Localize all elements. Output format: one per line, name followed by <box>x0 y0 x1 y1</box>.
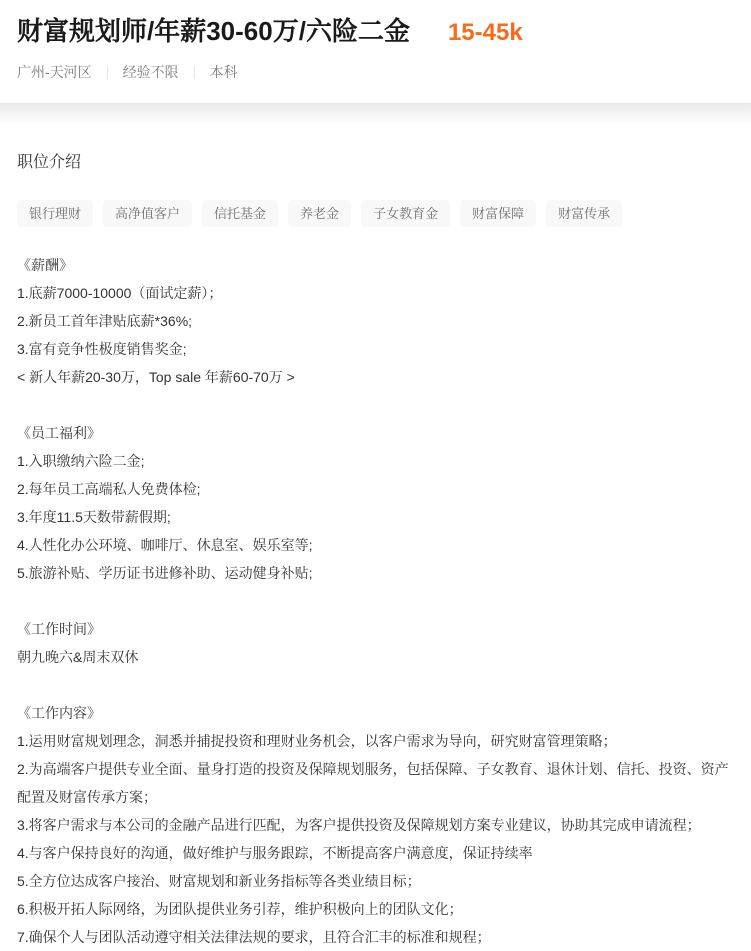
job-meta-item: 经验不限 <box>123 62 179 82</box>
description-line: 1.运用财富规划理念，洞悉并捕捉投资和理财业务机会，以客户需求为导向，研究财富管… <box>17 727 734 755</box>
keyword-tag: 财富传承 <box>546 200 622 227</box>
description-line: 2.每年员工高端私人免费体检; <box>17 475 734 503</box>
description-line: 4.人性化办公环境、咖啡厅、休息室、娱乐室等; <box>17 531 734 559</box>
job-description: 《薪酬》1.底薪7000-10000（面试定薪）；2.新员工首年津贴底薪*36%… <box>17 251 734 951</box>
description-line: 《薪酬》 <box>17 251 734 279</box>
job-meta: 广州-天河区经验不限本科 <box>17 62 734 82</box>
job-detail-page: 财富规划师/年薪30-60万/六险二金 15-45k 广州-天河区经验不限本科 … <box>0 0 751 951</box>
keyword-tag: 养老金 <box>288 200 351 227</box>
job-meta-item: 本科 <box>210 62 238 82</box>
job-header: 财富规划师/年薪30-60万/六险二金 15-45k 广州-天河区经验不限本科 <box>0 0 751 82</box>
keyword-tag: 子女教育金 <box>361 200 450 227</box>
job-meta-item: 广州-天河区 <box>17 62 92 82</box>
keyword-tag: 高净值客户 <box>103 200 192 227</box>
description-line: 5.全方位达成客户接治、财富规划和新业务指标等各类业绩目标； <box>17 867 734 895</box>
meta-divider <box>194 66 195 79</box>
description-line: 7.确保个人与团队活动遵守相关法律法规的要求，且符合汇丰的标准和规程； <box>17 923 734 951</box>
description-line: 3.富有竞争性极度销售奖金; <box>17 335 734 363</box>
description-line: 5.旅游补贴、学历证书进修补助、运动健身补贴; <box>17 559 734 587</box>
description-line: 《员工福利》 <box>17 419 734 447</box>
meta-divider <box>107 66 108 79</box>
keyword-tag: 银行理财 <box>17 200 93 227</box>
description-line: 《工作内容》 <box>17 699 734 727</box>
description-line <box>17 671 734 699</box>
description-line: 1.底薪7000-10000（面试定薪）； <box>17 279 734 307</box>
description-line <box>17 587 734 615</box>
description-line: 《工作时间》 <box>17 615 734 643</box>
description-line: < 新人年薪20-30万，Top sale 年薪60-70万 > <box>17 363 734 391</box>
keyword-tags: 银行理财高净值客户信托基金养老金子女教育金财富保障财富传承 <box>17 200 734 227</box>
keyword-tag: 信托基金 <box>202 200 278 227</box>
job-title-row: 财富规划师/年薪30-60万/六险二金 15-45k <box>17 14 734 48</box>
description-line: 6.积极开拓人际网络，为团队提供业务引荐，维护积极向上的团队文化； <box>17 895 734 923</box>
description-line: 2.新员工首年津贴底薪*36%; <box>17 307 734 335</box>
description-line: 4.与客户保持良好的沟通，做好维护与服务跟踪，不断提高客户满意度，保证持续率 <box>17 839 734 867</box>
keyword-tag: 财富保障 <box>460 200 536 227</box>
description-line: 1.入职缴纳六险二金; <box>17 447 734 475</box>
salary-range: 15-45k <box>448 19 523 47</box>
description-line: 3.年度11.5天数带薪假期; <box>17 503 734 531</box>
job-description-section: 职位介绍 银行理财高净值客户信托基金养老金子女教育金财富保障财富传承 《薪酬》1… <box>0 153 751 951</box>
section-divider-band <box>0 103 751 123</box>
job-title: 财富规划师/年薪30-60万/六险二金 <box>17 14 410 48</box>
description-line: 2.为高端客户提供专业全面、量身打造的投资及保障规划服务，包括保障、子女教育、退… <box>17 755 734 811</box>
description-line <box>17 391 734 419</box>
section-title: 职位介绍 <box>17 153 734 173</box>
description-line: 朝九晚六&周末双休 <box>17 643 734 671</box>
description-line: 3.将客户需求与本公司的金融产品进行匹配，为客户提供投资及保障规划方案专业建议，… <box>17 811 734 839</box>
